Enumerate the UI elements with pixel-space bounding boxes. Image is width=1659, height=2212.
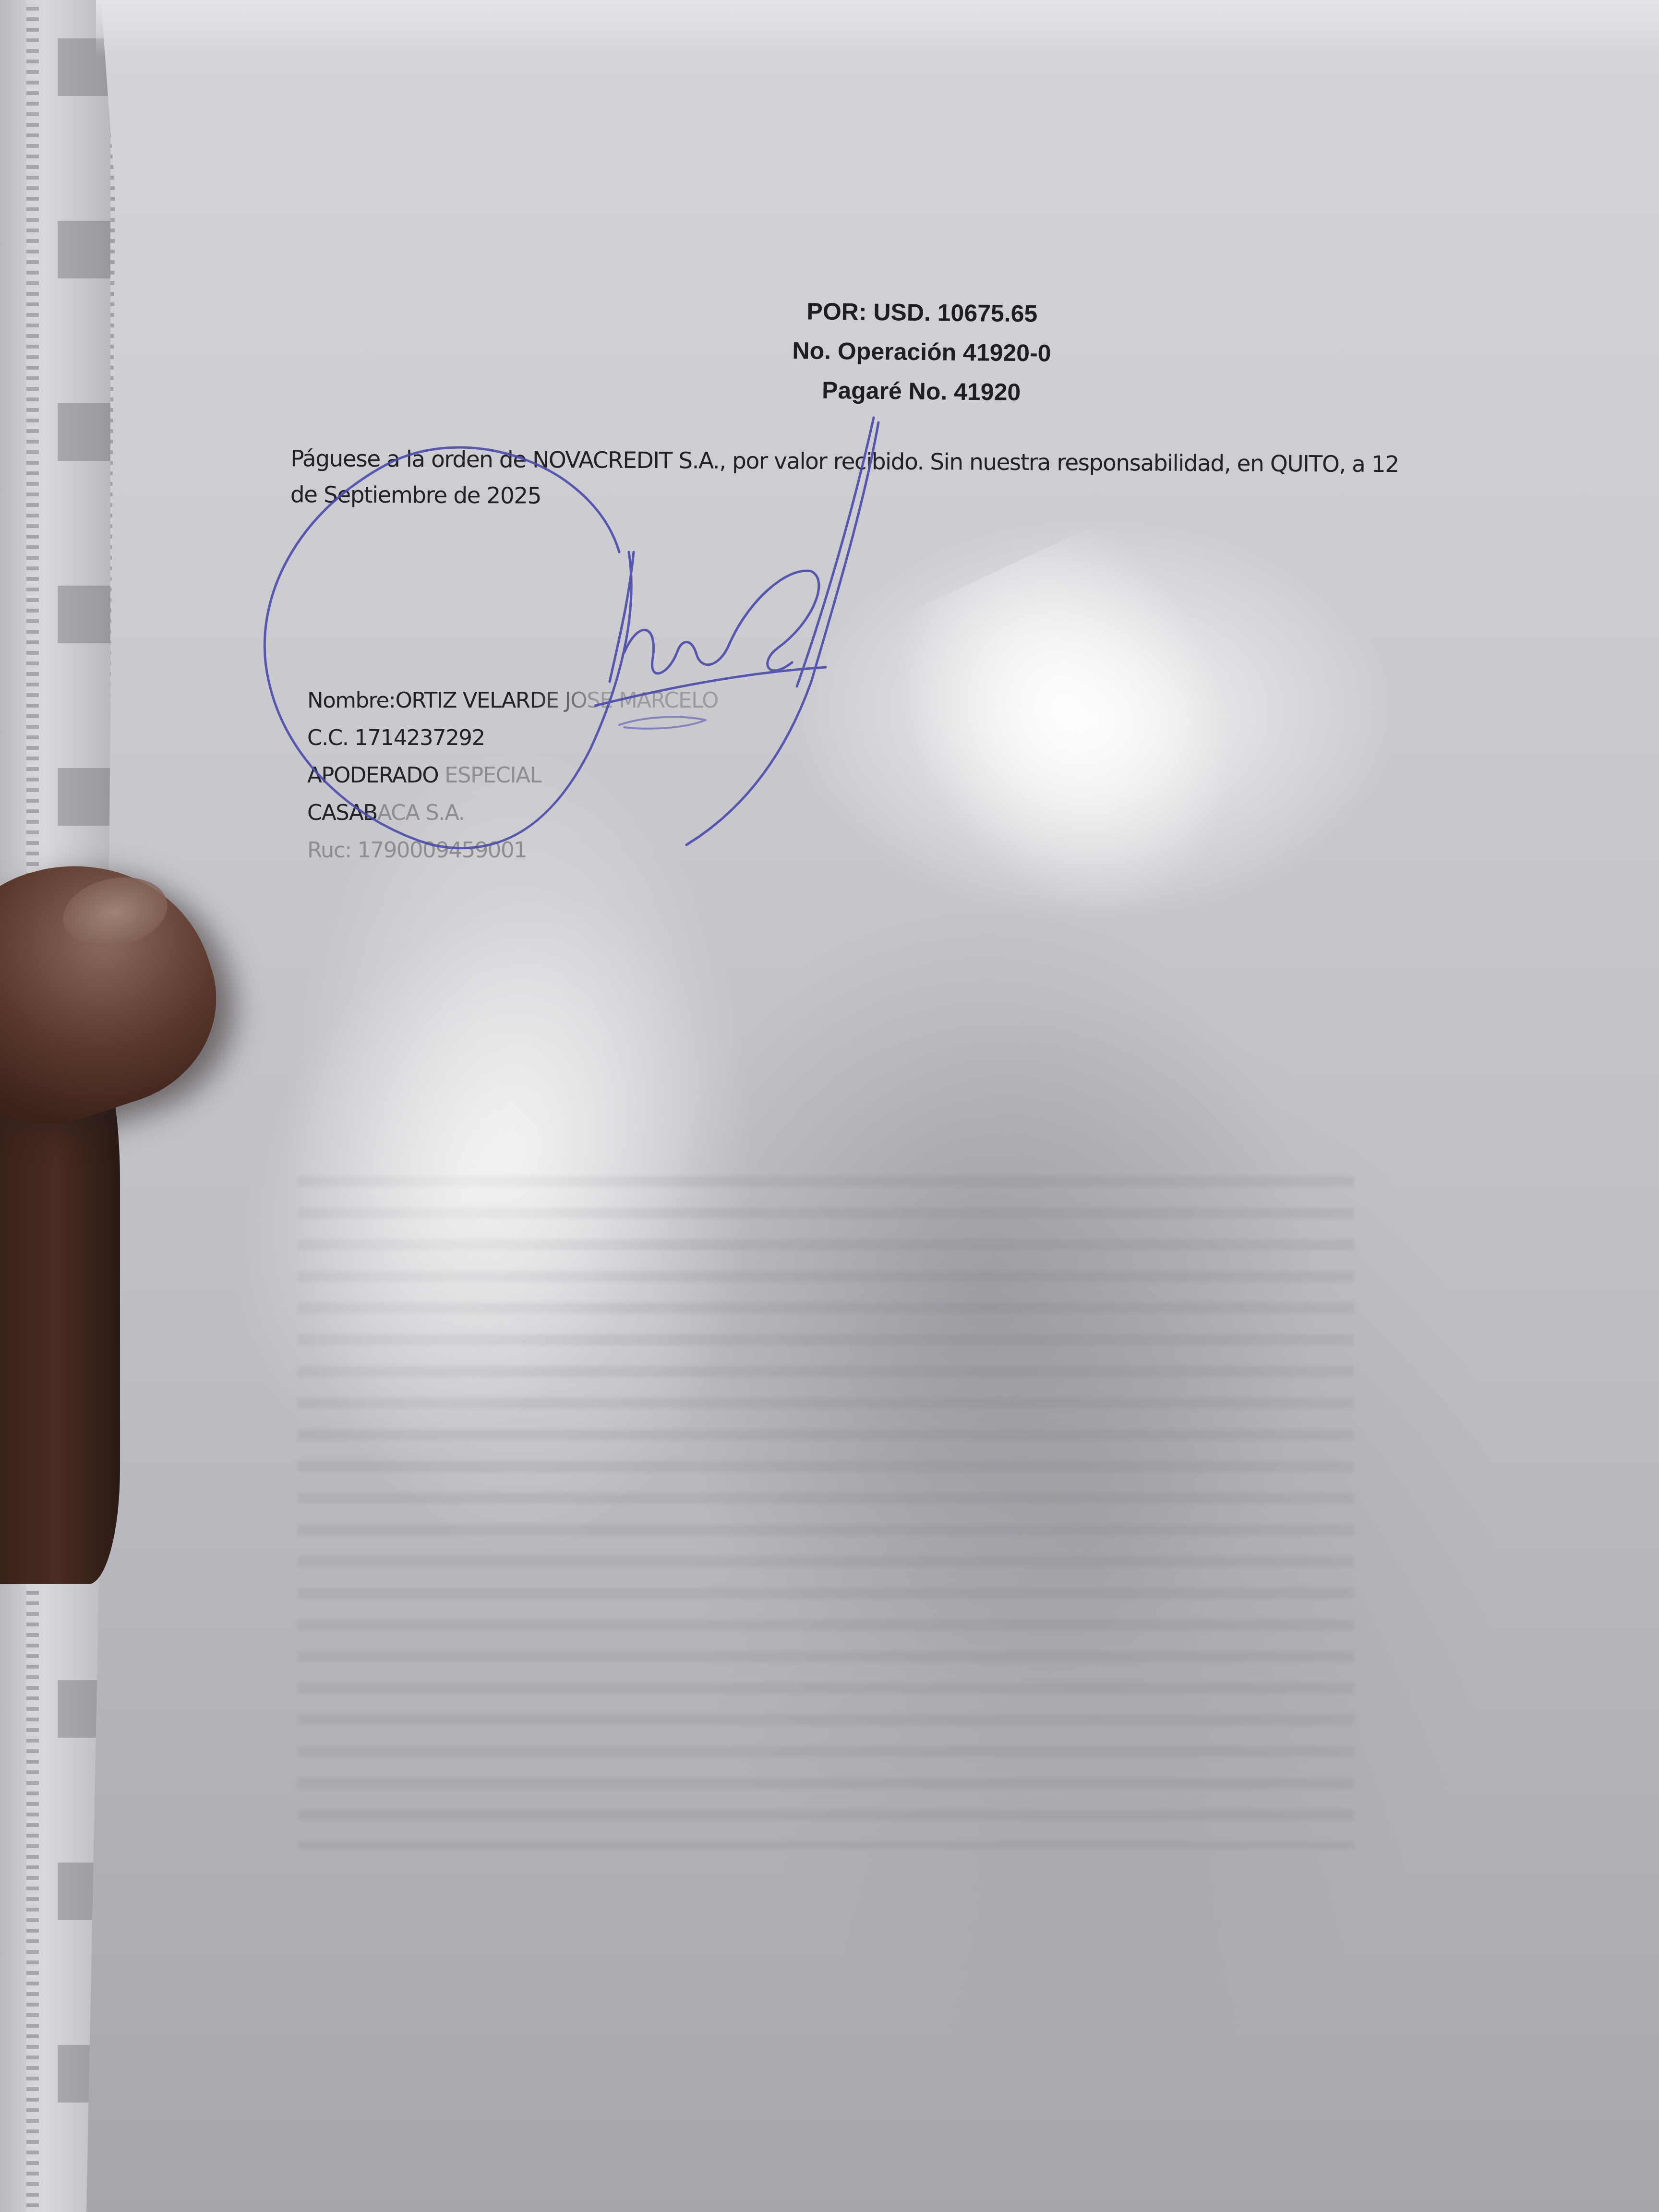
signatory-id: C.C. 1714237292	[307, 719, 718, 757]
signatory-role-suffix: ESPECIAL	[445, 762, 541, 788]
amount-line: POR: USD. 10675.65	[749, 291, 1095, 334]
endorsement-paragraph: Páguese a la orden de NOVACREDIT S.A., p…	[290, 441, 1549, 519]
company-ruc: Ruc: 1790009459001	[307, 831, 718, 869]
signatory-company: CASABACA S.A.	[307, 794, 718, 831]
signatory-company-prefix: CASAB	[307, 800, 377, 825]
endorsement-line-1: Páguese a la orden de NOVACREDIT S.A., p…	[290, 441, 1548, 483]
promissory-note-number-line: Pagaré No. 41920	[748, 370, 1094, 413]
signatory-name: Nombre:ORTIZ VELARDE JOSE MARCELO	[307, 682, 718, 719]
signatory-role: APODERADO ESPECIAL	[307, 757, 718, 794]
signatory-company-suffix: ACA S.A.	[377, 800, 465, 825]
operation-number-line: No. Operación 41920-0	[749, 330, 1095, 373]
signatory-block: Nombre:ORTIZ VELARDE JOSE MARCELO C.C. 1…	[307, 682, 718, 869]
document-content: POR: USD. 10675.65 No. Operación 41920-0…	[0, 0, 1659, 2212]
signatory-role-prefix: APODERADO	[307, 762, 445, 788]
note-header: POR: USD. 10675.65 No. Operación 41920-0…	[748, 291, 1095, 413]
endorsement-line-2: de Septiembre de 2025	[290, 477, 1548, 519]
